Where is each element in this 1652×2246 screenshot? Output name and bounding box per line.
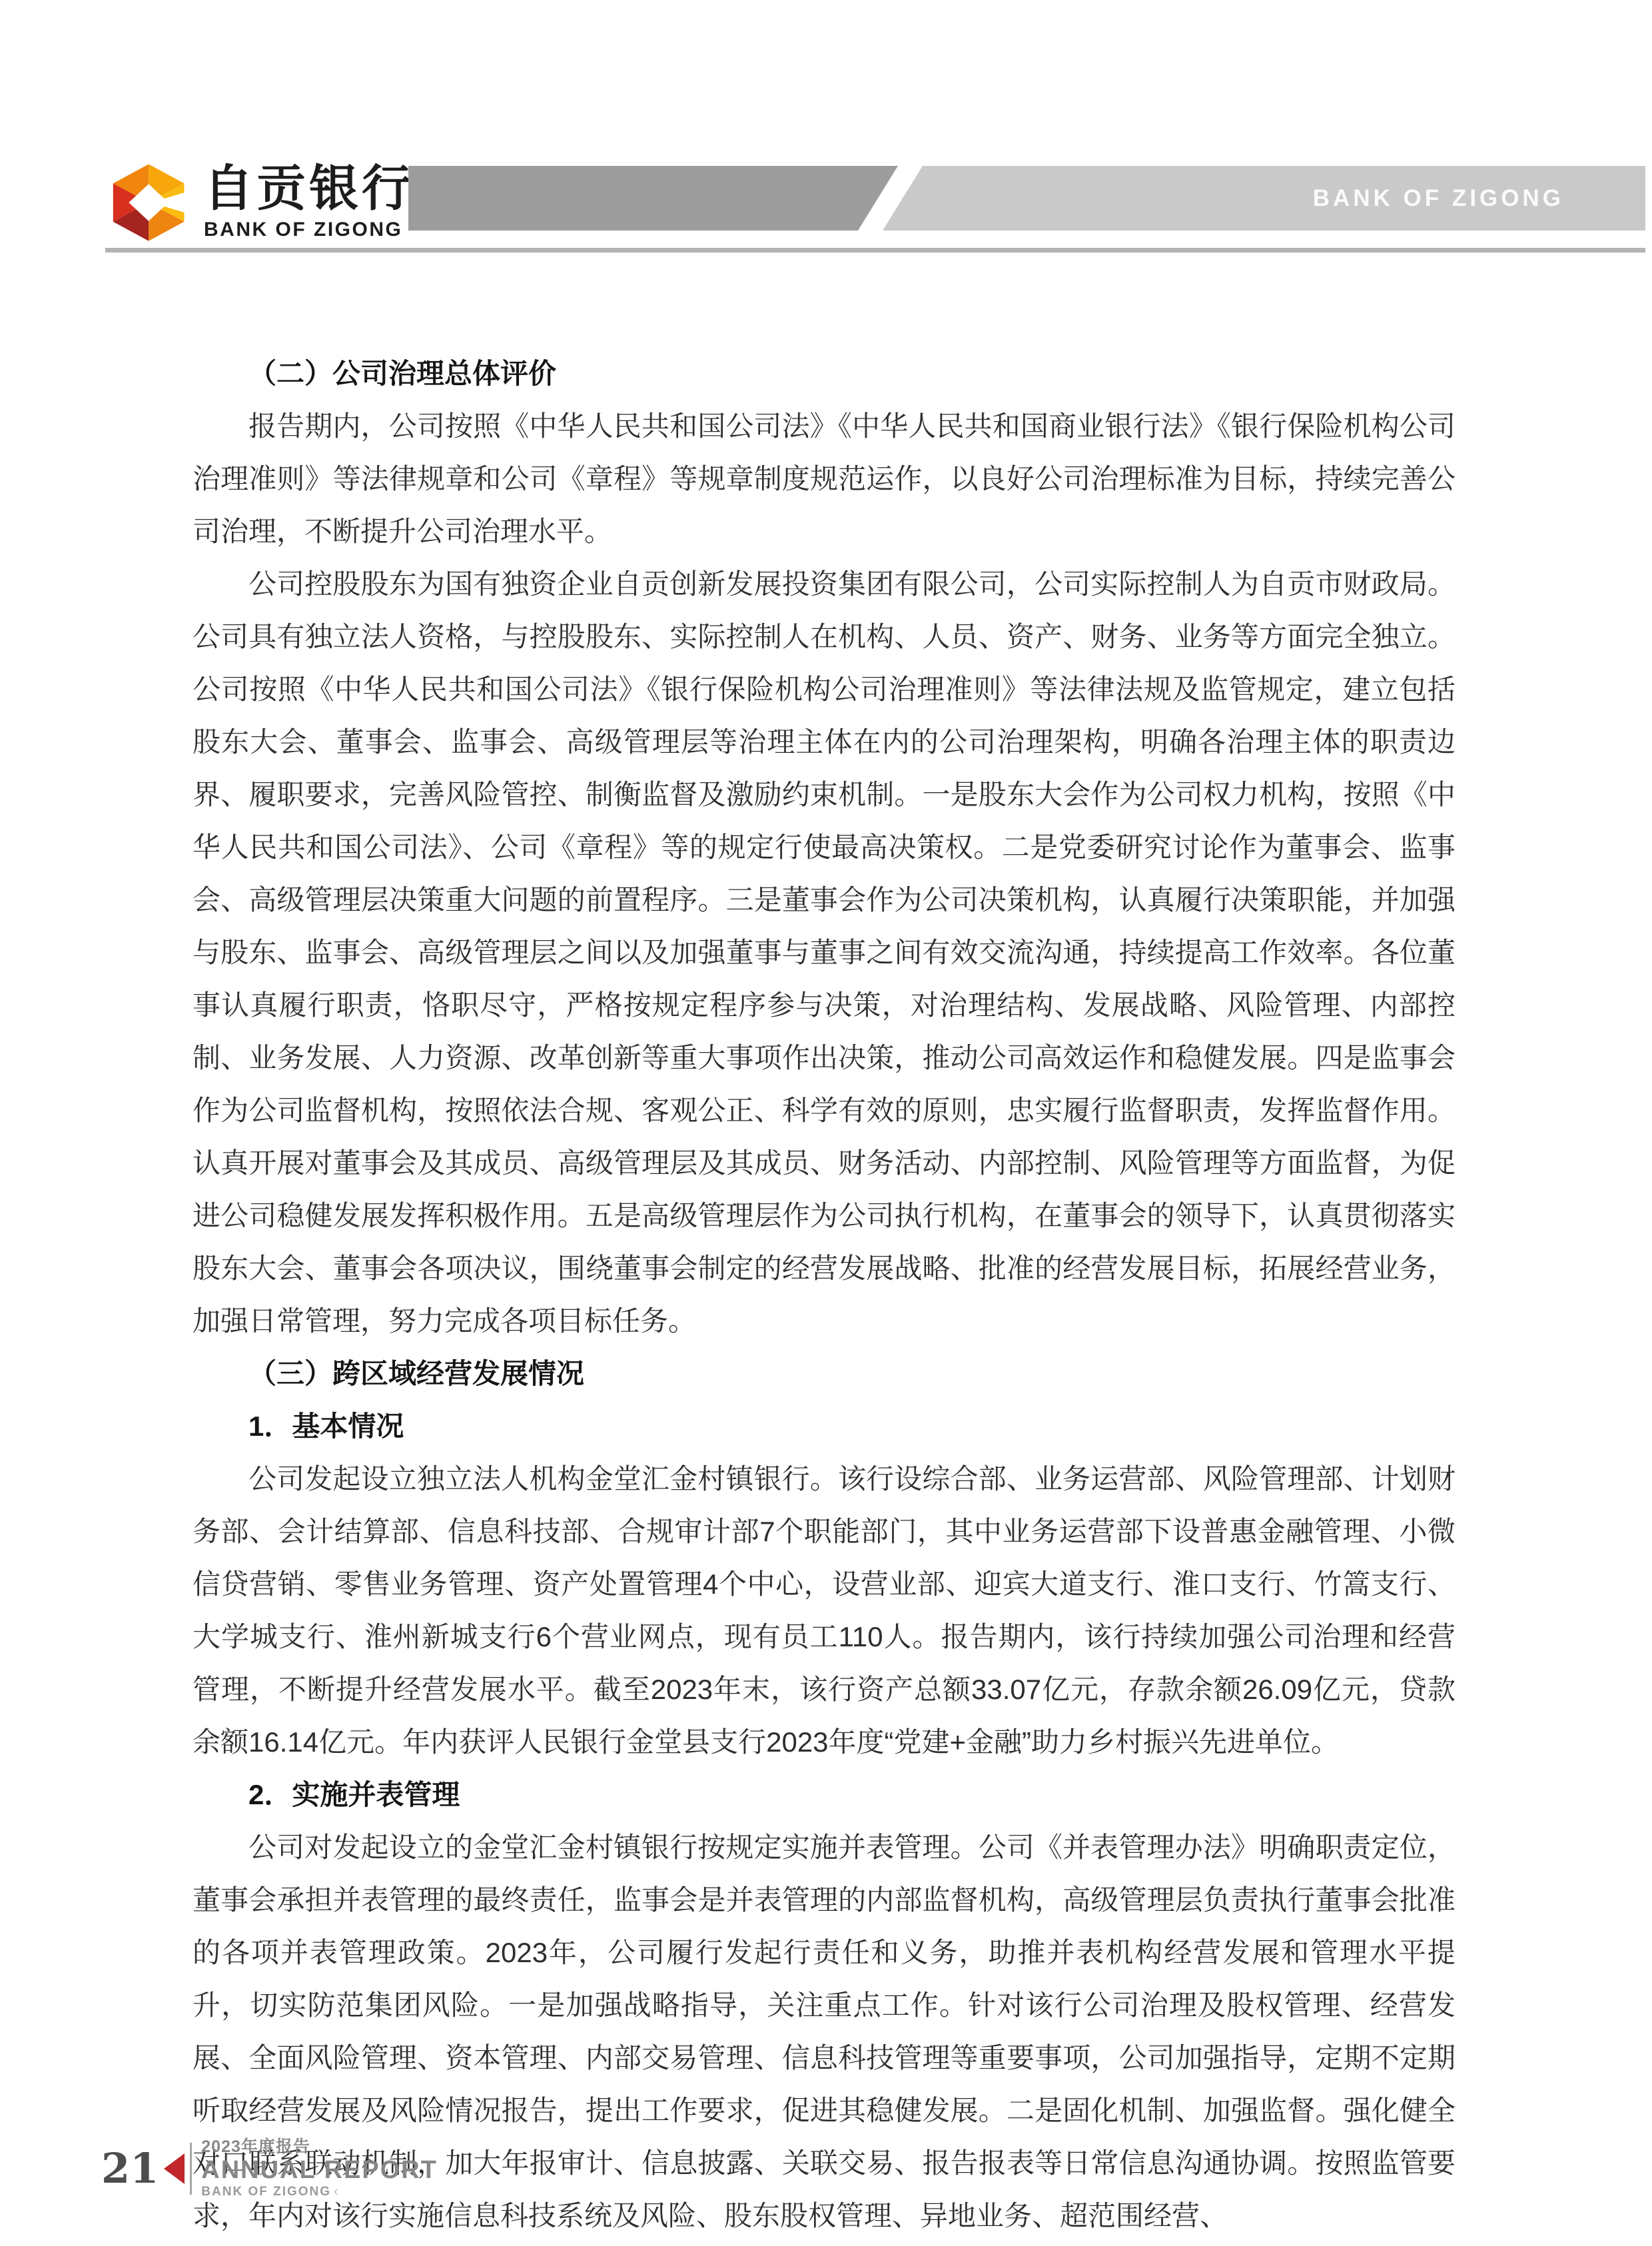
body-paragraph: 公司发起设立独立法人机构金堂汇金村镇银行。该行设综合部、业务运营部、风险管理部、… <box>193 1452 1455 1768</box>
footer-chevron-icon: ‹ <box>334 2185 339 2199</box>
footer-report-title-cn: 2023年度报告 <box>201 2137 438 2157</box>
section-heading-cross-region: （三）跨区域经营发展情况 <box>193 1347 1455 1400</box>
body-paragraph: 公司控股股东为国有独资企业自贡创新发展投资集团有限公司，公司实际控制人为自贡市财… <box>193 558 1455 1347</box>
header-divider-line <box>105 248 1645 253</box>
subsection-heading-basic-info: 1．基本情况 <box>193 1400 1455 1452</box>
bank-logo-icon <box>105 160 190 245</box>
header-banner-text: BANK OF ZIGONG <box>1313 185 1564 212</box>
footer-bank-name-text: BANK OF ZIGONG <box>201 2185 331 2199</box>
header-banner-light: BANK OF ZIGONG <box>883 166 1645 231</box>
footer-bank-name: BANK OF ZIGONG‹ <box>201 2185 438 2200</box>
report-body: （二）公司治理总体评价 报告期内，公司按照《中华人民共和国公司法》《中华人民共和… <box>193 347 1455 2242</box>
subsection-heading-consolidated-mgmt: 2．实施并表管理 <box>193 1768 1455 1821</box>
section-heading-governance-review: （二）公司治理总体评价 <box>193 347 1455 400</box>
footer-divider-line <box>190 2143 192 2195</box>
footer-report-title-en: ANNUAL REPORT <box>201 2157 438 2185</box>
report-page: 自贡银行 BANK OF ZIGONG BANK OF ZIGONG （二）公司… <box>0 0 1652 2246</box>
page-number: 21 <box>101 2148 159 2189</box>
body-paragraph: 报告期内，公司按照《中华人民共和国公司法》《中华人民共和国商业银行法》《银行保险… <box>193 400 1455 558</box>
header-banner-dark <box>408 166 898 231</box>
footer-text-block: 2023年度报告 ANNUAL REPORT BANK OF ZIGONG‹ <box>201 2137 438 2199</box>
logo-bank-name-en: BANK OF ZIGONG <box>204 219 414 241</box>
logo-text-block: 自贡银行 BANK OF ZIGONG <box>204 164 414 241</box>
page-footer: 21 2023年度报告 ANNUAL REPORT BANK OF ZIGONG… <box>101 2137 438 2199</box>
logo-bank-name-cn: 自贡银行 <box>204 164 414 213</box>
red-triangle-icon <box>164 2153 185 2184</box>
